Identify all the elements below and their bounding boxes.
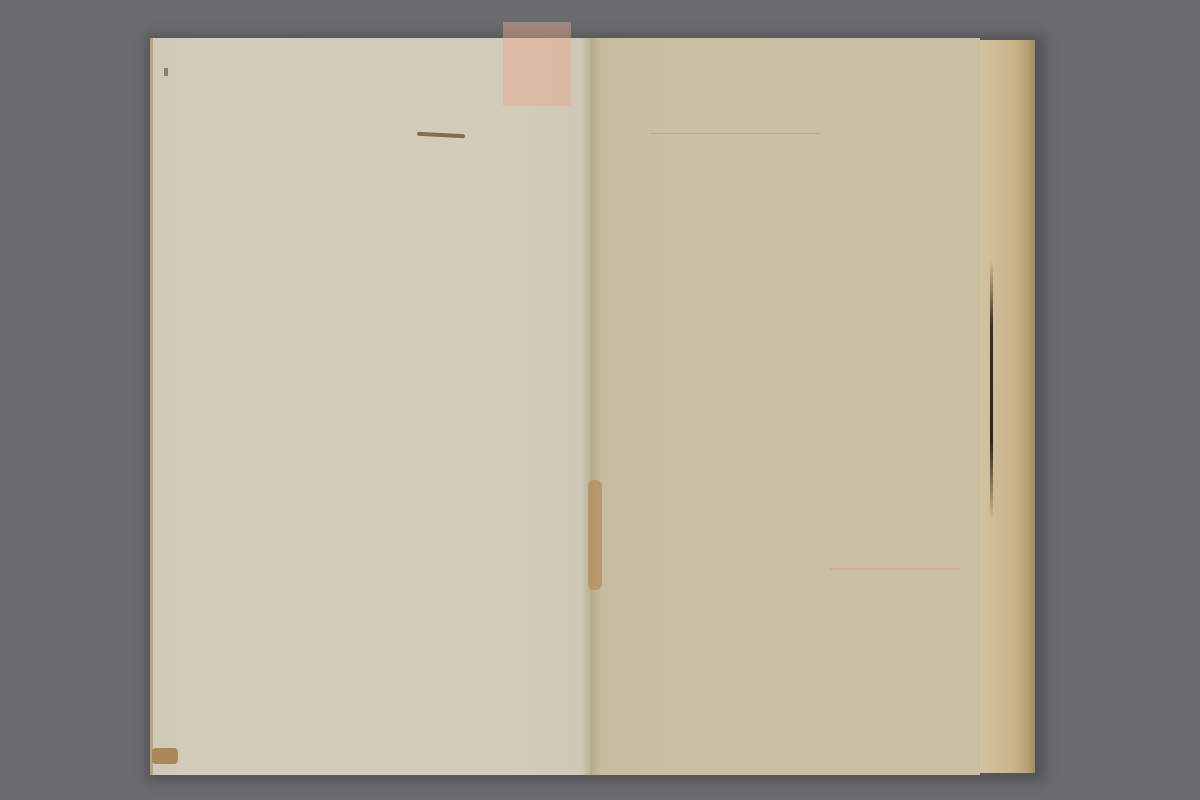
left-page [150,38,593,775]
faded-seal-stamp [503,22,571,106]
page-block-edge [980,40,1035,773]
corner-stain [152,748,178,764]
dark-edge-line [990,260,993,520]
photo-scene: Open old book with blank aged pages [0,0,1200,800]
corner-mark [164,68,168,76]
faint-ruled-line [650,133,820,134]
faint-red-line [830,568,960,570]
right-page [590,38,980,775]
gutter-stain [588,480,602,590]
